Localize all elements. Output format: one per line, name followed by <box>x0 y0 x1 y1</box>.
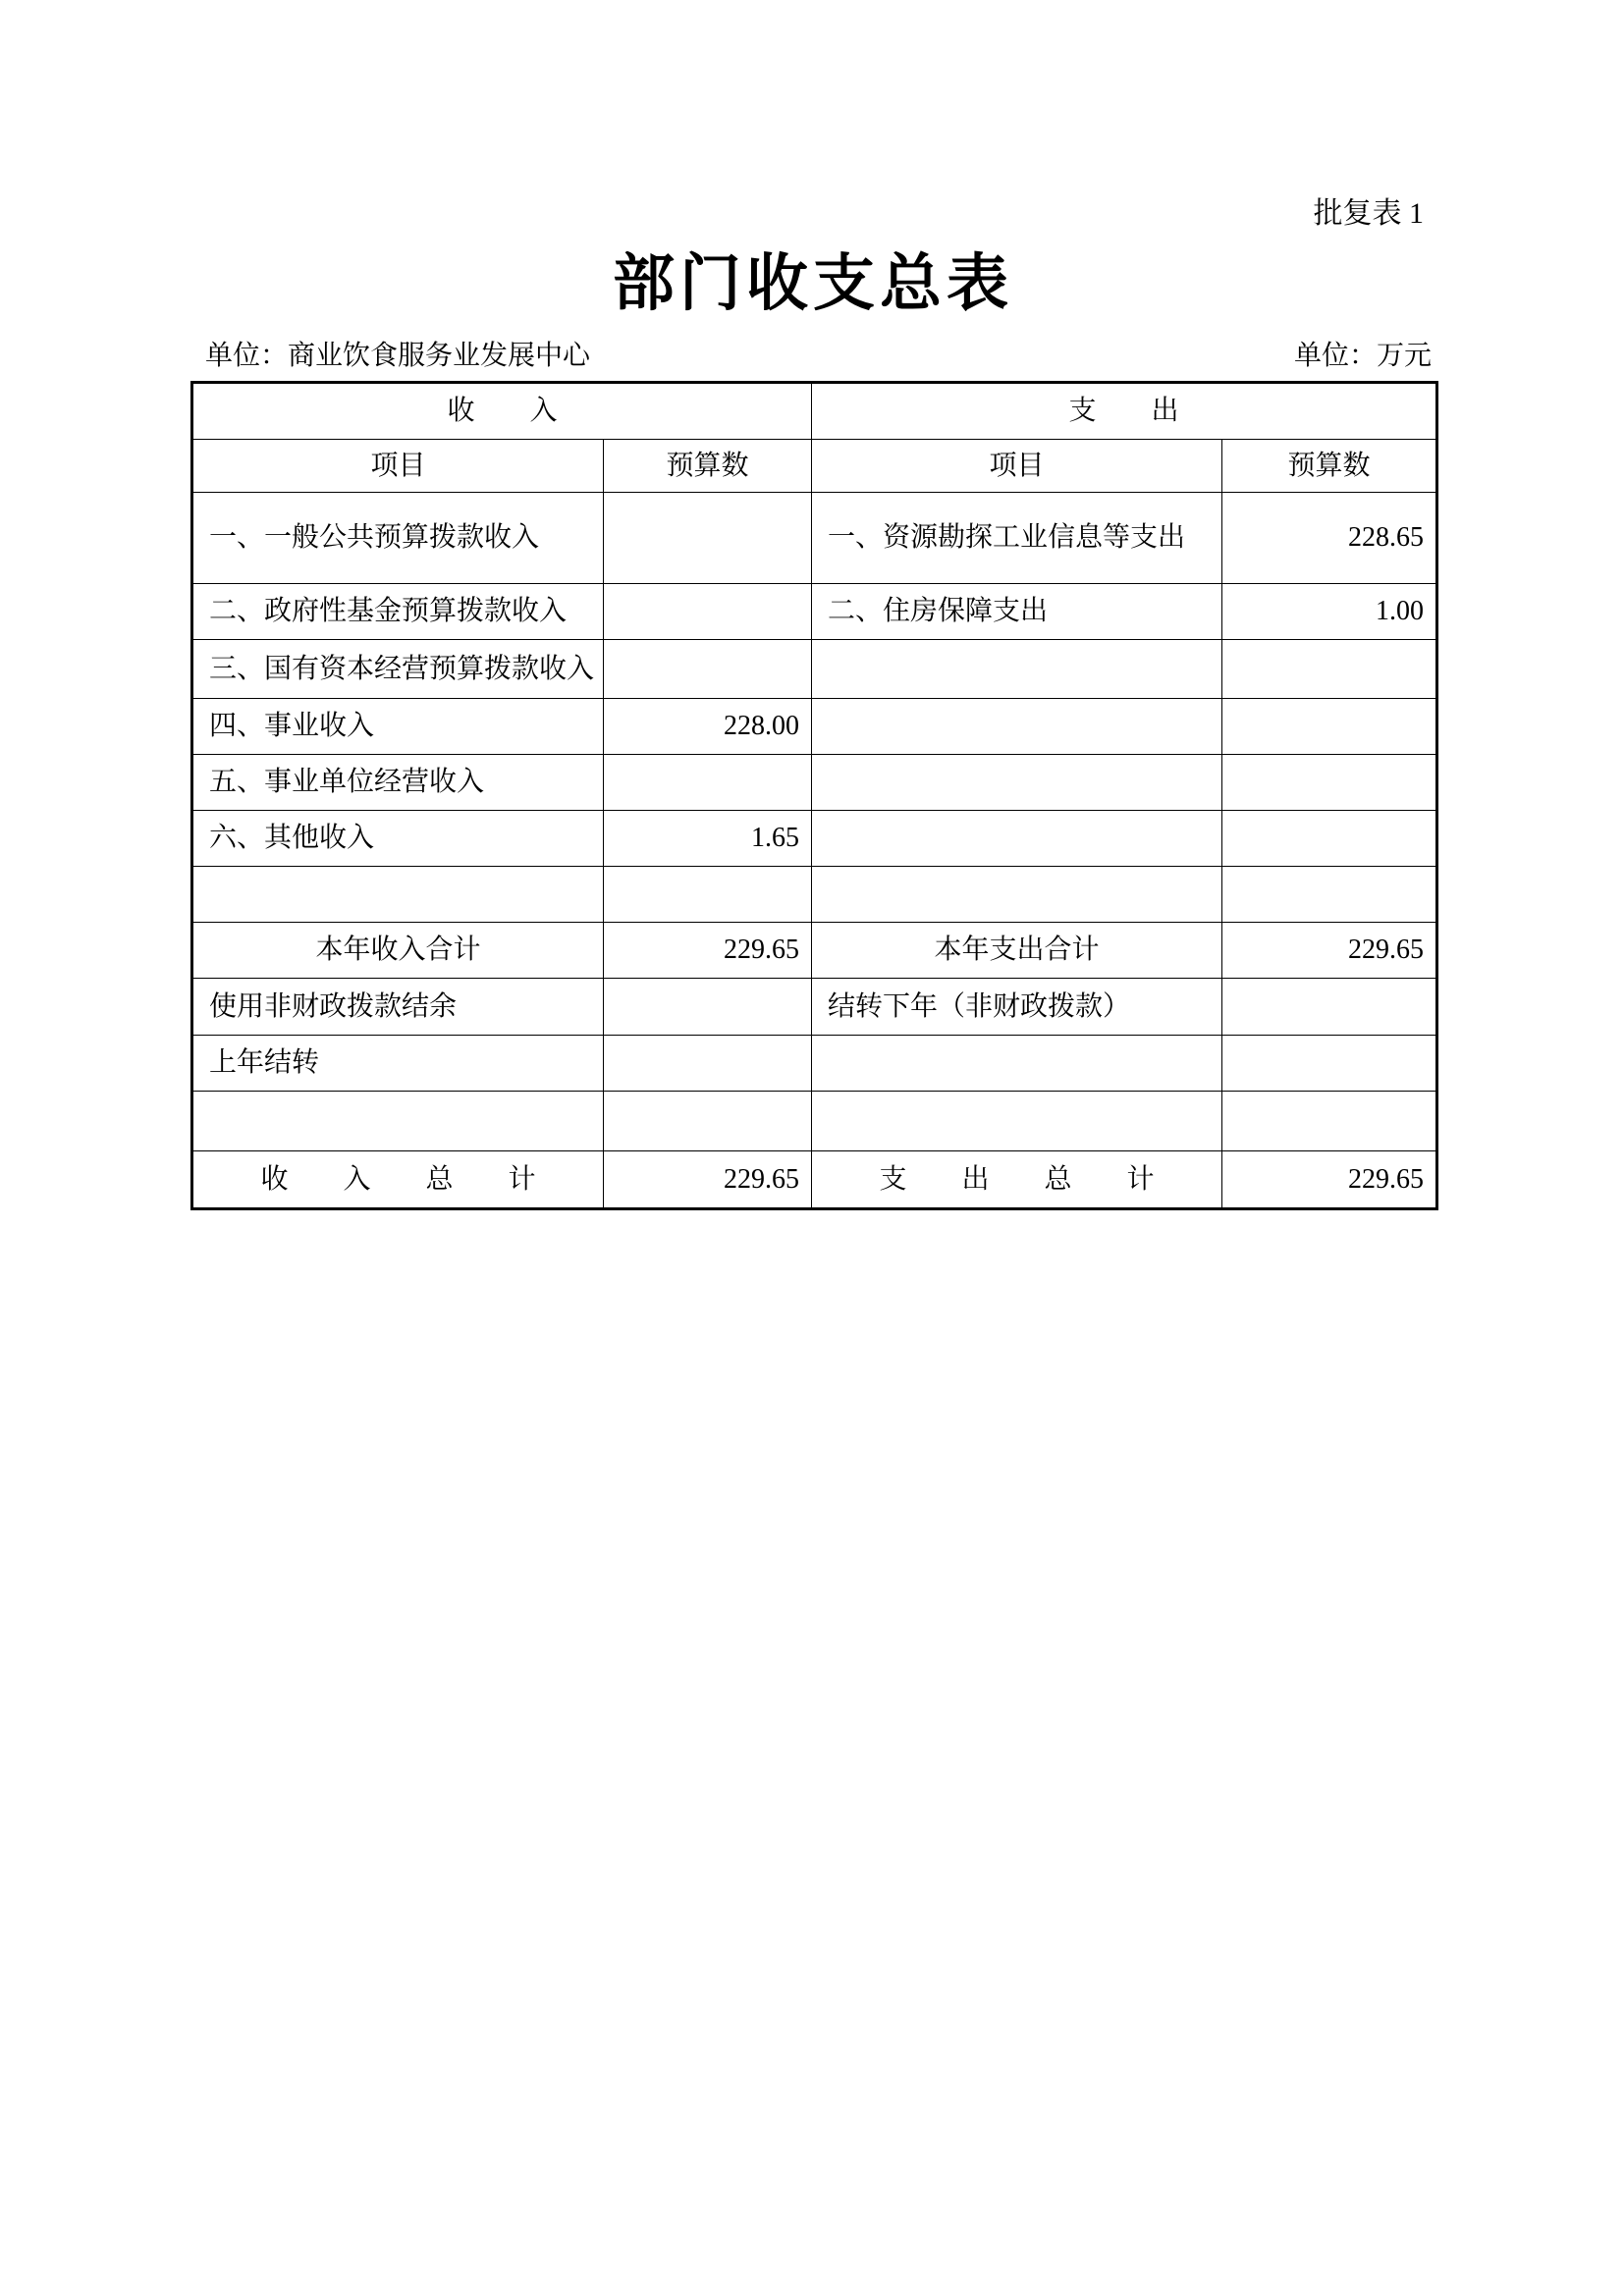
table-row: 四、事业收入 228.00 <box>192 699 1437 755</box>
expense-budget: 228.65 <box>1222 493 1437 584</box>
approval-form-note: 批复表 1 <box>190 0 1435 231</box>
income-budget <box>604 755 812 811</box>
income-budget <box>604 584 812 640</box>
income-budget-column-header: 预算数 <box>604 440 812 493</box>
income-item <box>192 1092 604 1151</box>
income-budget <box>604 979 812 1036</box>
expense-item: 一、资源勘探工业信息等支出 <box>812 493 1222 584</box>
expense-item <box>812 699 1222 755</box>
table-row: 六、其他收入 1.65 <box>192 811 1437 867</box>
section-header-row: 收 入 支 出 <box>192 383 1437 440</box>
income-budget <box>604 640 812 699</box>
expense-budget: 1.00 <box>1222 584 1437 640</box>
document-page: 批复表 1 部门收支总表 单位：商业饮食服务业发展中心 单位：万元 收 入 支 … <box>190 0 1435 1210</box>
expense-item-column-header: 项目 <box>812 440 1222 493</box>
expense-budget <box>1222 1092 1437 1151</box>
table-row: 一、一般公共预算拨款收入 一、资源勘探工业信息等支出 228.65 <box>192 493 1437 584</box>
income-section-header: 收 入 <box>192 383 812 440</box>
table-row-blank <box>192 1092 1437 1151</box>
income-item: 六、其他收入 <box>192 811 604 867</box>
income-budget <box>604 1036 812 1092</box>
expense-item <box>812 867 1222 923</box>
income-item: 二、政府性基金预算拨款收入 <box>192 584 604 640</box>
expense-budget <box>1222 811 1437 867</box>
annual-total-row: 本年收入合计 229.65 本年支出合计 229.65 <box>192 923 1437 979</box>
income-budget <box>604 493 812 584</box>
expense-item: 结转下年（非财政拨款） <box>812 979 1222 1036</box>
expense-item <box>812 811 1222 867</box>
income-budget <box>604 867 812 923</box>
expense-budget <box>1222 755 1437 811</box>
income-item: 上年结转 <box>192 1036 604 1092</box>
income-item: 使用非财政拨款结余 <box>192 979 604 1036</box>
table-row: 使用非财政拨款结余 结转下年（非财政拨款） <box>192 979 1437 1036</box>
unit-line: 单位：商业饮食服务业发展中心 单位：万元 <box>190 341 1435 372</box>
expense-item: 二、住房保障支出 <box>812 584 1222 640</box>
expense-section-header: 支 出 <box>812 383 1437 440</box>
income-item-column-header: 项目 <box>192 440 604 493</box>
table-row: 上年结转 <box>192 1036 1437 1092</box>
income-item: 三、国有资本经营预算拨款收入 <box>192 640 604 699</box>
expense-item <box>812 1092 1222 1151</box>
budget-summary-table: 收 入 支 出 项目 预算数 项目 预算数 一、一般公共预算拨款收入 一、资源勘… <box>190 381 1438 1210</box>
income-item: 一、一般公共预算拨款收入 <box>192 493 604 584</box>
page-title: 部门收支总表 <box>190 248 1435 319</box>
income-annual-total-label: 本年收入合计 <box>192 923 604 979</box>
income-budget <box>604 1092 812 1151</box>
expense-budget <box>1222 979 1437 1036</box>
table-row: 二、政府性基金预算拨款收入 二、住房保障支出 1.00 <box>192 584 1437 640</box>
table-row: 五、事业单位经营收入 <box>192 755 1437 811</box>
income-item: 四、事业收入 <box>192 699 604 755</box>
expense-grand-total-label: 支 出 总 计 <box>812 1151 1222 1209</box>
expense-annual-total-value: 229.65 <box>1222 923 1437 979</box>
income-budget: 228.00 <box>604 699 812 755</box>
expense-item <box>812 755 1222 811</box>
table-row-blank <box>192 867 1437 923</box>
expense-budget <box>1222 640 1437 699</box>
grand-total-row: 收 入 总 计 229.65 支 出 总 计 229.65 <box>192 1151 1437 1209</box>
income-annual-total-value: 229.65 <box>604 923 812 979</box>
income-budget: 1.65 <box>604 811 812 867</box>
expense-grand-total-value: 229.65 <box>1222 1151 1437 1209</box>
expense-item <box>812 1036 1222 1092</box>
expense-budget <box>1222 699 1437 755</box>
income-grand-total-value: 229.65 <box>604 1151 812 1209</box>
income-item <box>192 867 604 923</box>
income-item: 五、事业单位经营收入 <box>192 755 604 811</box>
column-header-row: 项目 预算数 项目 预算数 <box>192 440 1437 493</box>
income-grand-total-label: 收 入 总 计 <box>192 1151 604 1209</box>
unit-name-label: 单位：商业饮食服务业发展中心 <box>205 341 590 372</box>
expense-budget-column-header: 预算数 <box>1222 440 1437 493</box>
expense-budget <box>1222 1036 1437 1092</box>
expense-budget <box>1222 867 1437 923</box>
table-row: 三、国有资本经营预算拨款收入 <box>192 640 1437 699</box>
currency-unit-label: 单位：万元 <box>1294 341 1432 372</box>
expense-item <box>812 640 1222 699</box>
expense-annual-total-label: 本年支出合计 <box>812 923 1222 979</box>
